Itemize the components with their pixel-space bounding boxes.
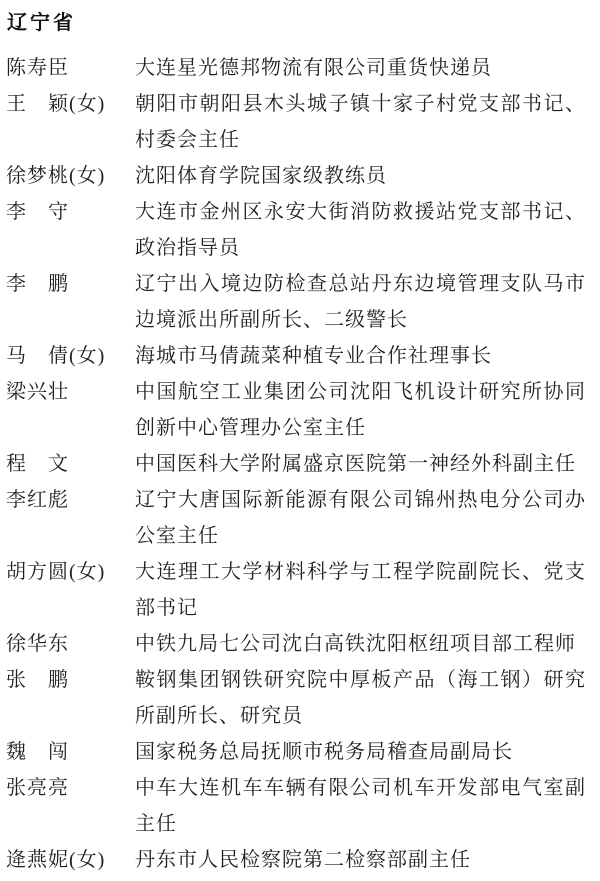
honoree-name: 梁兴壮 xyxy=(6,374,135,410)
honoree-name: 徐梦桃(女) xyxy=(6,158,135,194)
honoree-row: 李 鹏 辽宁出入境边防检查总站丹东边境管理支队马市边境派出所副所长、二级警长 xyxy=(6,266,586,338)
province-heading: 辽宁省 xyxy=(7,5,586,40)
honoree-title: 海城市马倩蔬菜种植专业合作社理事长 xyxy=(135,338,586,374)
document-page: 辽宁省 陈寿臣 大连星光德邦物流有限公司重货快递员 王 颖(女) 朝阳市朝阳县木… xyxy=(0,0,600,881)
honoree-row: 张亮亮 中车大连机车车辆有限公司机车开发部电气室副主任 xyxy=(6,770,586,842)
honoree-title: 中国航空工业集团公司沈阳飞机设计研究所协同创新中心管理办公室主任 xyxy=(135,374,586,446)
honoree-name: 逄燕妮(女) xyxy=(6,842,135,878)
honoree-row: 胡方圆(女) 大连理工大学材料科学与工程学院副院长、党支部书记 xyxy=(6,554,586,626)
honoree-row: 逄燕妮(女) 丹东市人民检察院第二检察部副主任 xyxy=(6,842,586,878)
honoree-title: 中国医科大学附属盛京医院第一神经外科副主任 xyxy=(135,446,586,482)
honoree-title: 大连市金州区永安大街消防救援站党支部书记、政治指导员 xyxy=(135,194,586,266)
honoree-name: 马 倩(女) xyxy=(6,338,135,374)
honoree-row: 李红彪 辽宁大唐国际新能源有限公司锦州热电分公司办公室主任 xyxy=(6,482,586,554)
honoree-row: 马 倩(女) 海城市马倩蔬菜种植专业合作社理事长 xyxy=(6,338,586,374)
honoree-row: 徐华东 中铁九局七公司沈白高铁沈阳枢纽项目部工程师 xyxy=(6,626,586,662)
honoree-name: 李 守 xyxy=(6,194,135,230)
honoree-name: 魏 闯 xyxy=(6,734,135,770)
honoree-row: 程 文 中国医科大学附属盛京医院第一神经外科副主任 xyxy=(6,446,586,482)
honoree-row: 王 颖(女) 朝阳市朝阳县木头城子镇十家子村党支部书记、村委会主任 xyxy=(6,86,586,158)
honoree-name: 程 文 xyxy=(6,446,135,482)
honoree-row: 陈寿臣 大连星光德邦物流有限公司重货快递员 xyxy=(6,50,586,86)
honoree-name: 徐华东 xyxy=(6,626,135,662)
honoree-title: 大连理工大学材料科学与工程学院副院长、党支部书记 xyxy=(135,554,586,626)
honoree-title: 沈阳体育学院国家级教练员 xyxy=(135,158,586,194)
honoree-name: 王 颖(女) xyxy=(6,86,135,122)
honoree-name: 陈寿臣 xyxy=(6,50,135,86)
honoree-row: 张 鹏 鞍钢集团钢铁研究院中厚板产品（海工钢）研究所副所长、研究员 xyxy=(6,662,586,734)
honoree-title: 辽宁出入境边防检查总站丹东边境管理支队马市边境派出所副所长、二级警长 xyxy=(135,266,586,338)
honoree-name: 李红彪 xyxy=(6,482,135,518)
honoree-name: 胡方圆(女) xyxy=(6,554,135,590)
honoree-name: 张亮亮 xyxy=(6,770,135,806)
honoree-title: 辽宁大唐国际新能源有限公司锦州热电分公司办公室主任 xyxy=(135,482,586,554)
honoree-row: 李 守 大连市金州区永安大街消防救援站党支部书记、政治指导员 xyxy=(6,194,586,266)
honoree-title: 朝阳市朝阳县木头城子镇十家子村党支部书记、村委会主任 xyxy=(135,86,586,158)
entry-list: 陈寿臣 大连星光德邦物流有限公司重货快递员 王 颖(女) 朝阳市朝阳县木头城子镇… xyxy=(6,50,586,878)
honoree-row: 梁兴壮 中国航空工业集团公司沈阳飞机设计研究所协同创新中心管理办公室主任 xyxy=(6,374,586,446)
honoree-title: 中车大连机车车辆有限公司机车开发部电气室副主任 xyxy=(135,770,586,842)
honoree-row: 徐梦桃(女) 沈阳体育学院国家级教练员 xyxy=(6,158,586,194)
honoree-title: 大连星光德邦物流有限公司重货快递员 xyxy=(135,50,586,86)
honoree-title: 国家税务总局抚顺市税务局稽查局副局长 xyxy=(135,734,586,770)
honoree-name: 张 鹏 xyxy=(6,662,135,698)
honoree-title: 鞍钢集团钢铁研究院中厚板产品（海工钢）研究所副所长、研究员 xyxy=(135,662,586,734)
honoree-title: 中铁九局七公司沈白高铁沈阳枢纽项目部工程师 xyxy=(135,626,586,662)
honoree-name: 李 鹏 xyxy=(6,266,135,302)
honoree-row: 魏 闯 国家税务总局抚顺市税务局稽查局副局长 xyxy=(6,734,586,770)
honoree-title: 丹东市人民检察院第二检察部副主任 xyxy=(135,842,586,878)
